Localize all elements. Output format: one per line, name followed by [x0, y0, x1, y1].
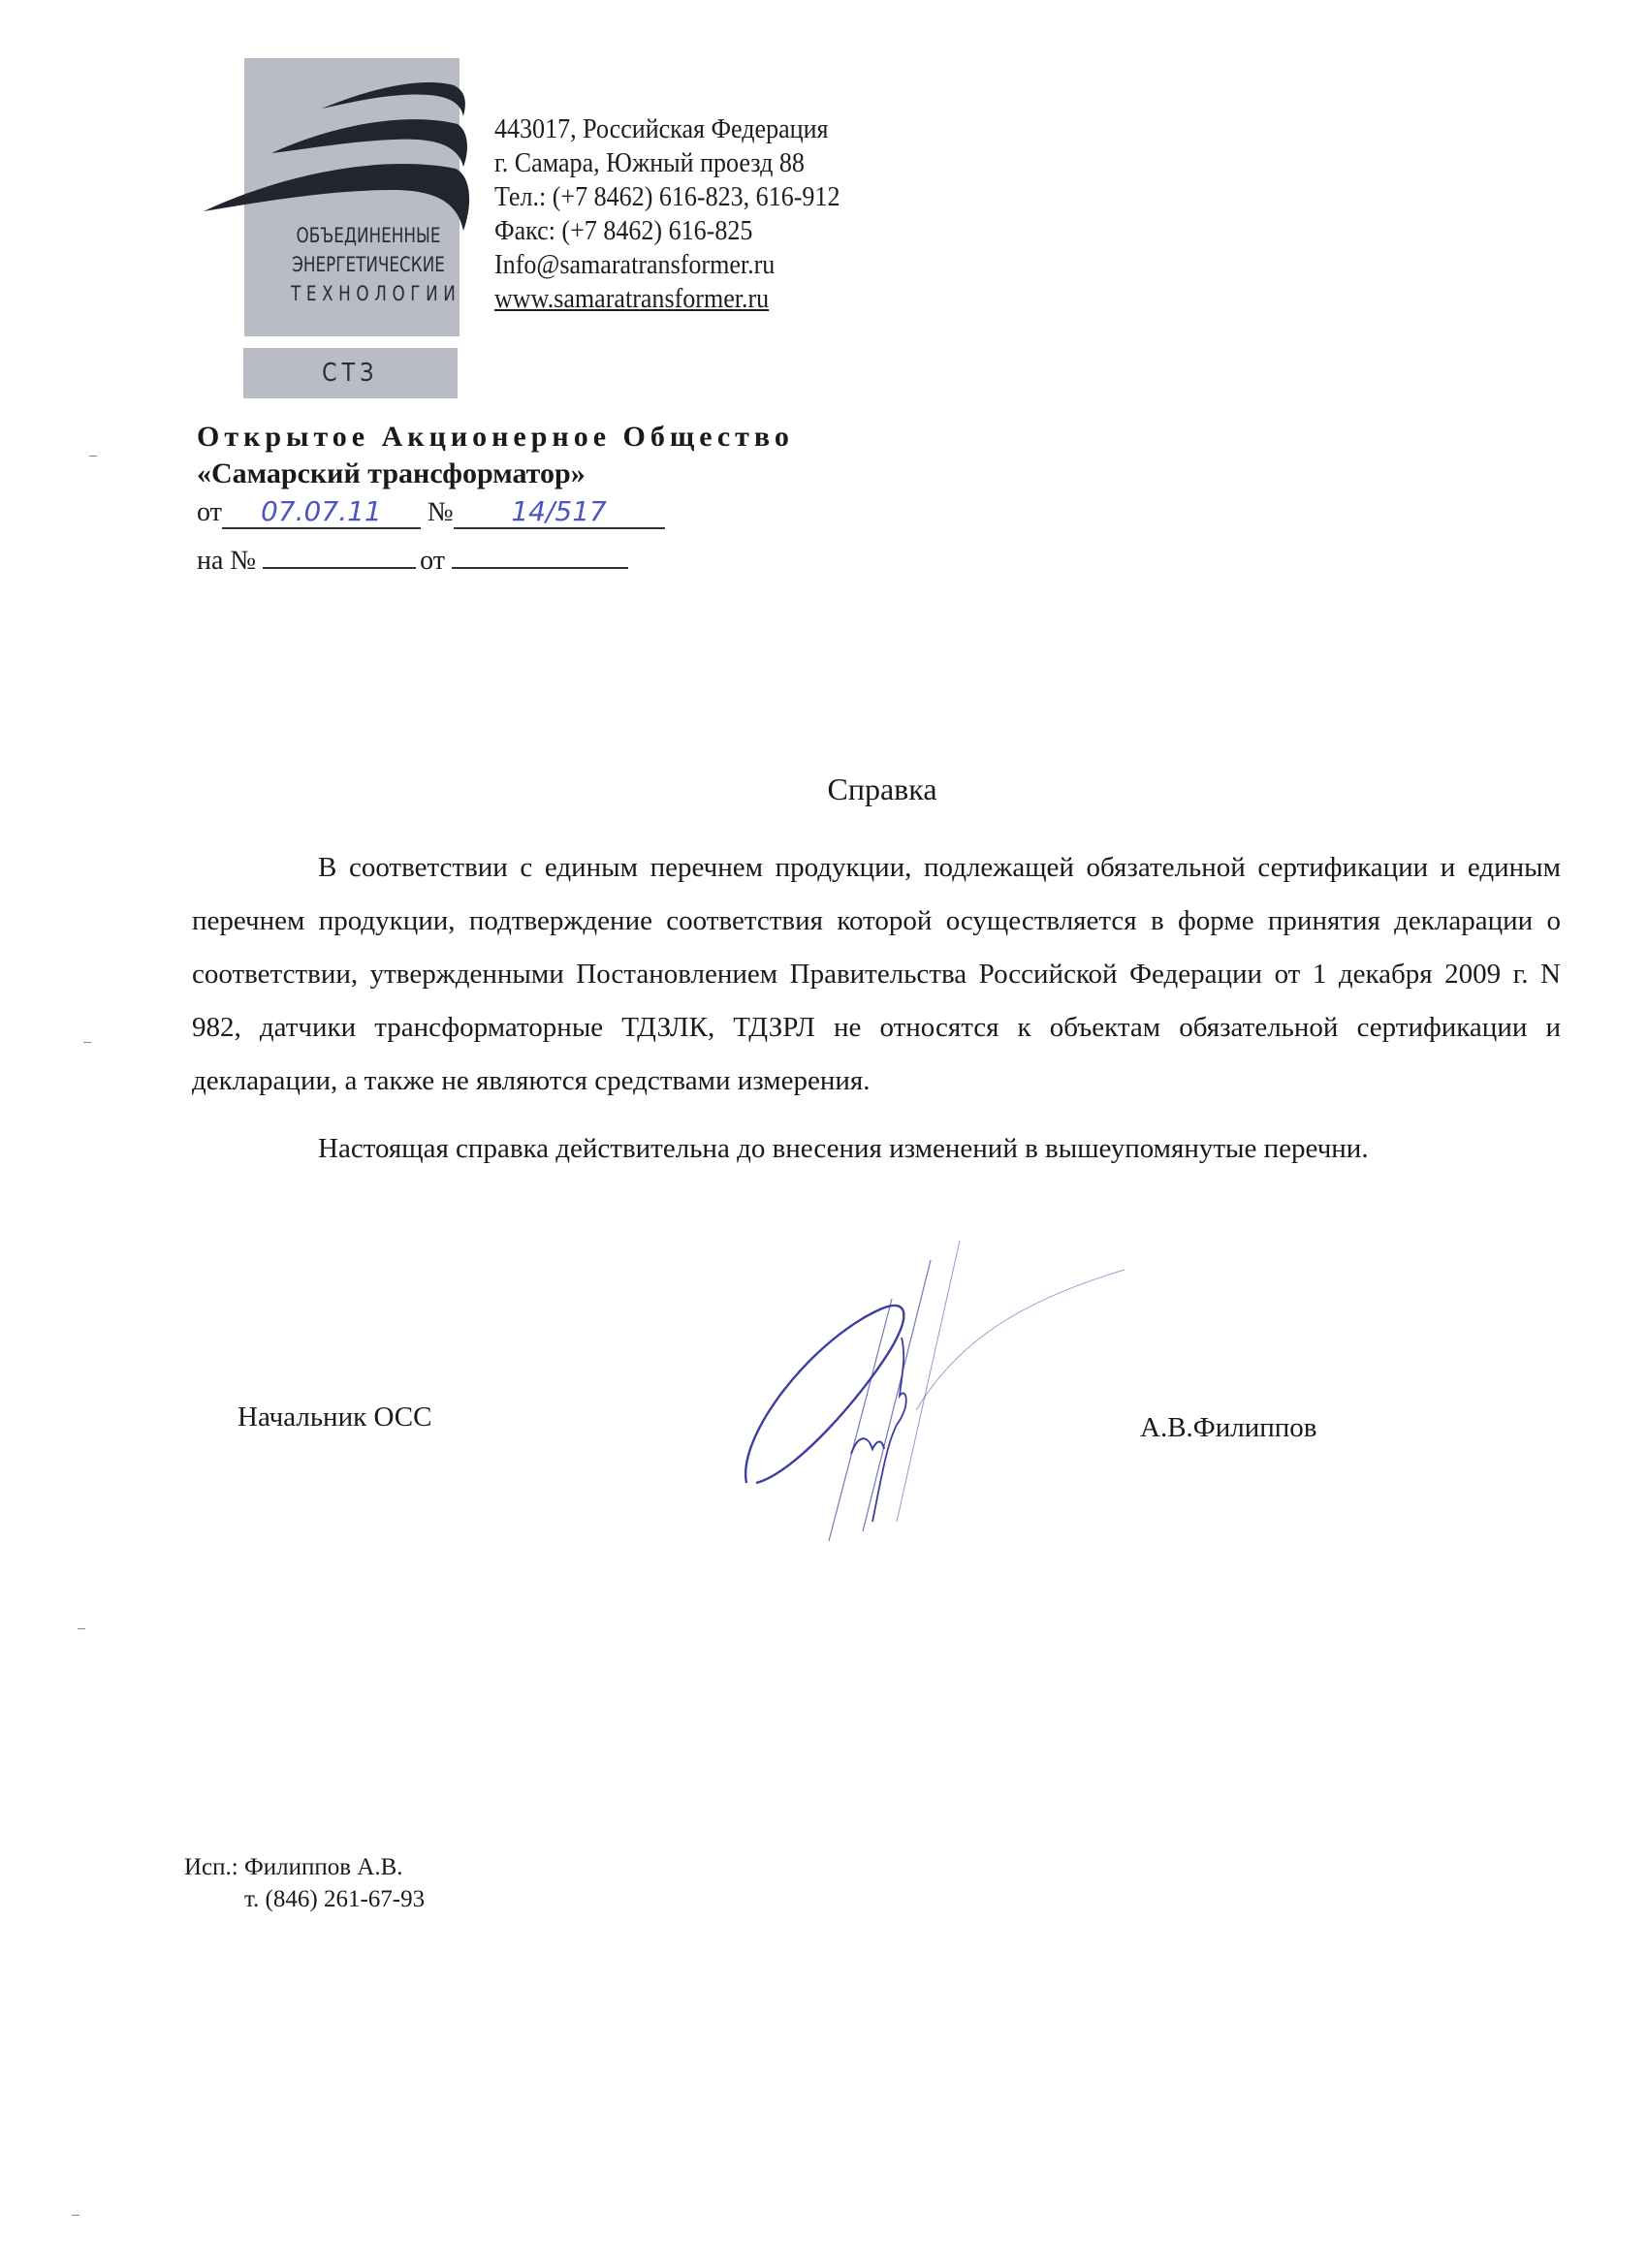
scan-margin-mark: [72, 2215, 79, 2216]
signatory-name: А.В.Филиппов: [1140, 1412, 1316, 1444]
number-label: №: [428, 497, 454, 527]
company-type: Открытое Акционерное Общество: [197, 421, 794, 454]
company-name: «Самарский трансформатор»: [197, 457, 586, 490]
phone-line: Тел.: (+7 8462) 616-823, 616-912: [494, 180, 840, 214]
handwritten-signature-icon: [737, 1241, 1144, 1551]
executor-name: Исп.: Филиппов А.В.: [184, 1851, 425, 1883]
scan-margin-mark: [89, 456, 97, 457]
contact-block: 443017, Российская Федерация г. Самара, …: [494, 112, 866, 316]
document-title: Справка: [0, 772, 1648, 807]
outgoing-date: 07.07.11: [222, 496, 421, 529]
email-link[interactable]: Info@samaratransformer.ru: [494, 248, 840, 282]
reply-number-field: [263, 567, 416, 569]
logo-abbreviation-block: СТЗ: [243, 348, 458, 398]
reply-date-field: [452, 567, 628, 569]
paragraph-1-text: В соответствии с единым перечнем продукц…: [192, 852, 1561, 1096]
scan-margin-mark: [83, 1042, 91, 1043]
executor-phone: т. (846) 261-67-93: [184, 1883, 425, 1915]
logo-swoosh-icon: [194, 58, 475, 320]
main-paragraph: В соответствии с единым перечнем продукц…: [192, 841, 1561, 1108]
outgoing-reference: от07.07.11 №14/517: [197, 496, 665, 529]
reply-number-label: на №: [197, 546, 256, 576]
reply-from-label: от: [416, 546, 445, 576]
address-line-2: г. Самара, Южный проезд 88: [494, 146, 840, 180]
from-label: от: [197, 497, 222, 527]
signatory-role: Начальник ОСС: [238, 1402, 431, 1433]
website-link[interactable]: www.samaratransformer.ru: [494, 282, 840, 316]
address-line-1: 443017, Российская Федерация: [494, 112, 840, 146]
incoming-reference: на № от: [197, 546, 628, 577]
paragraph-2-text: Настоящая справка действительна до внесе…: [318, 1133, 1369, 1164]
outgoing-number: 14/517: [454, 496, 665, 529]
logo-abbreviation: СТЗ: [322, 359, 378, 388]
scan-margin-mark: [78, 1628, 85, 1629]
executor-block: Исп.: Филиппов А.В. т. (846) 261-67-93: [184, 1851, 425, 1915]
validity-paragraph: Настоящая справка действительна до внесе…: [192, 1122, 1561, 1176]
fax-line: Факс: (+7 8462) 616-825: [494, 214, 840, 248]
